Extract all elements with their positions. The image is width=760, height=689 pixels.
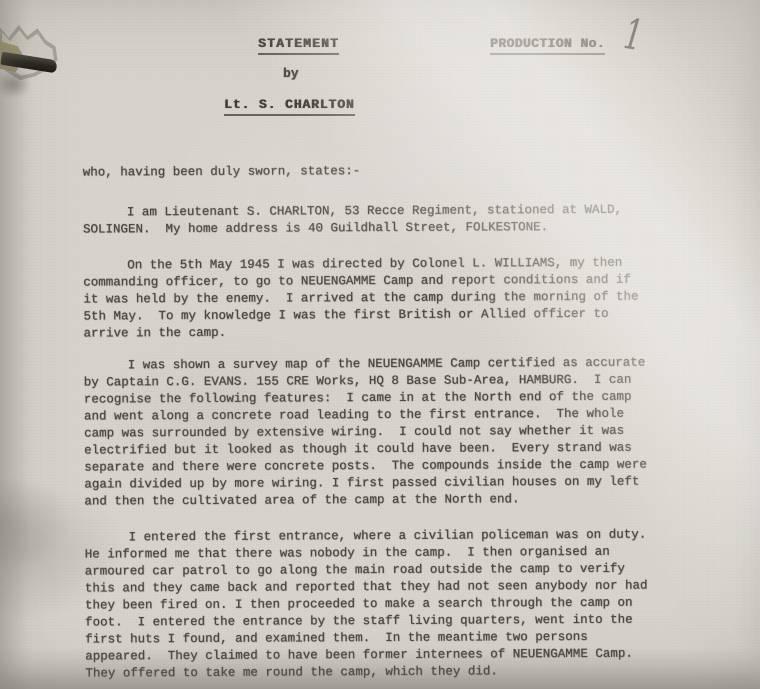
statement-body: who, having been duly sworn, states:- I … xyxy=(83,161,676,682)
statement-paragraph-2: On the 5th May 1945 I was directed by Co… xyxy=(83,254,673,342)
torn-corner xyxy=(0,12,72,98)
statement-paragraph-4: I entered the first entrance, where a ci… xyxy=(85,526,676,682)
statement-paragraph-3: I was shown a survey map of the NEUENGAM… xyxy=(84,354,675,510)
scanned-document-page: STATEMENT PRODUCTION No. 1 by Lt. S. CHA… xyxy=(0,0,760,689)
tear-ragged-edge xyxy=(0,12,72,98)
document-title: STATEMENT xyxy=(258,36,339,55)
tear-tan-fragment xyxy=(0,12,72,98)
tear-shadow-smudge xyxy=(0,70,31,98)
production-number-handwritten: 1 xyxy=(621,9,646,60)
statement-paragraph-1: I am Lieutenant S. CHARLTON, 53 Recce Re… xyxy=(83,201,673,238)
byline: by xyxy=(283,66,299,81)
staple-bar xyxy=(0,52,57,74)
production-no-label: PRODUCTION No. xyxy=(490,36,605,55)
tear-inner-paper xyxy=(0,12,72,98)
author-name: Lt. S. CHARLTON xyxy=(224,97,355,116)
statement-salutation: who, having been duly sworn, states:- xyxy=(83,161,673,181)
